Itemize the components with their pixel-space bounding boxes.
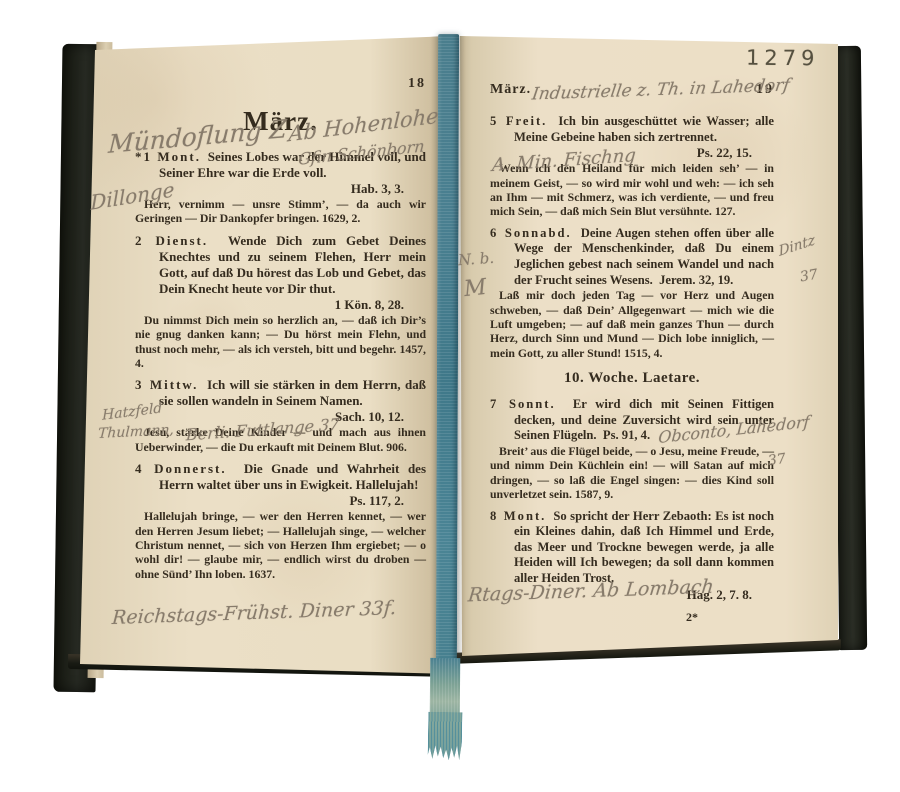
ribbon-bookmark — [436, 34, 459, 662]
scripture-reference: Ps. 22, 15. — [490, 145, 774, 161]
ribbon-bookmark-fringe — [428, 712, 463, 761]
calendar-entry-4: 4 Donnerst. Die Gnade und Wahrheit des H… — [135, 461, 426, 581]
book-page-left: 18 März. *1 Mont. Seines Lobes war der H… — [78, 34, 452, 684]
scripture-reference: Jerem. 32, 19. — [659, 273, 733, 287]
scripture-reference: Hag. 2, 7. 8. — [490, 587, 774, 603]
entry-day-label: 7 Sonnt. — [490, 397, 556, 411]
hymn-quote: Du nimmst Dich mein so herzlich an, — da… — [135, 313, 426, 371]
scripture-reference: Hab. 3, 3. — [135, 181, 426, 197]
hymn-quote: Wenn ich den Heiland für mich leiden seh… — [490, 161, 774, 219]
hymn-quote: Jesu, stärke Deine Kinder — und mach aus… — [135, 425, 426, 454]
calendar-entry-8: 8 Mont. So spricht der Herr Zebaoth: Es … — [490, 509, 774, 603]
entry-day-label: 2 Dienst. — [135, 233, 208, 248]
signature-mark: 2* — [490, 610, 774, 625]
entry-day-label: *1 Mont. — [135, 149, 201, 164]
page-number-left: 18 — [408, 76, 426, 92]
book-page-right: März. 19 5 Freit. Ich bin ausgeschüttet … — [452, 32, 844, 664]
calendar-entry-3: 3 Mittw. Ich will sie stärken in dem Her… — [135, 377, 426, 454]
entry-day-label: 4 Donnerst. — [135, 461, 227, 476]
running-month-header: März. — [490, 82, 531, 98]
hymn-quote: Hallelujah bringe, — wer den Herren kenn… — [135, 509, 426, 581]
scripture-reference: Ps. 117, 2. — [135, 493, 426, 509]
hymn-quote: Breit’ aus die Flügel beide, — o Jesu, m… — [490, 444, 774, 502]
entry-verse-text: Ich bin ausgeschüttet wie Wasser; alle M… — [514, 114, 774, 144]
entry-day-label: 3 Mittw. — [135, 377, 198, 392]
calendar-entry-1: *1 Mont. Seines Lobes war der Himmel vol… — [135, 149, 426, 226]
entry-day-label: 8 Mont. — [490, 509, 546, 523]
month-heading: März. — [135, 106, 426, 137]
scripture-reference: Sach. 10, 12. — [135, 409, 426, 425]
hymn-quote: Laß mir doch jeden Tag — vor Herz und Au… — [490, 288, 774, 360]
entry-verse-text: Ich will sie stärken in dem Herrn, daß s… — [159, 377, 426, 408]
scripture-reference: 1 Kön. 8, 28. — [135, 297, 426, 313]
ribbon-bookmark-tail — [430, 658, 461, 716]
week-heading: 10. Woche. Laetare. — [490, 370, 774, 387]
hymn-quote: Herr, vernimm — unsre Stimm’, — da auch … — [135, 197, 426, 226]
entry-day-label: 6 Sonnabd. — [490, 226, 572, 240]
entry-verse-text: So spricht der Herr Zebaoth: Es ist noch… — [514, 509, 774, 585]
calendar-entry-2: 2 Dienst. Wende Dich zum Gebet Deines Kn… — [135, 233, 426, 371]
page-number-right: 19 — [756, 82, 774, 98]
calendar-entry-7: 7 Sonnt. Er wird dich mit Seinen Fittige… — [490, 397, 774, 501]
calendar-entry-6: 6 Sonnabd. Deine Augen stehen offen über… — [490, 226, 774, 360]
calendar-entry-5: 5 Freit. Ich bin ausgeschüttet wie Wasse… — [490, 114, 774, 219]
scripture-reference: Ps. 91, 4. — [603, 428, 650, 442]
entry-day-label: 5 Freit. — [490, 114, 547, 128]
